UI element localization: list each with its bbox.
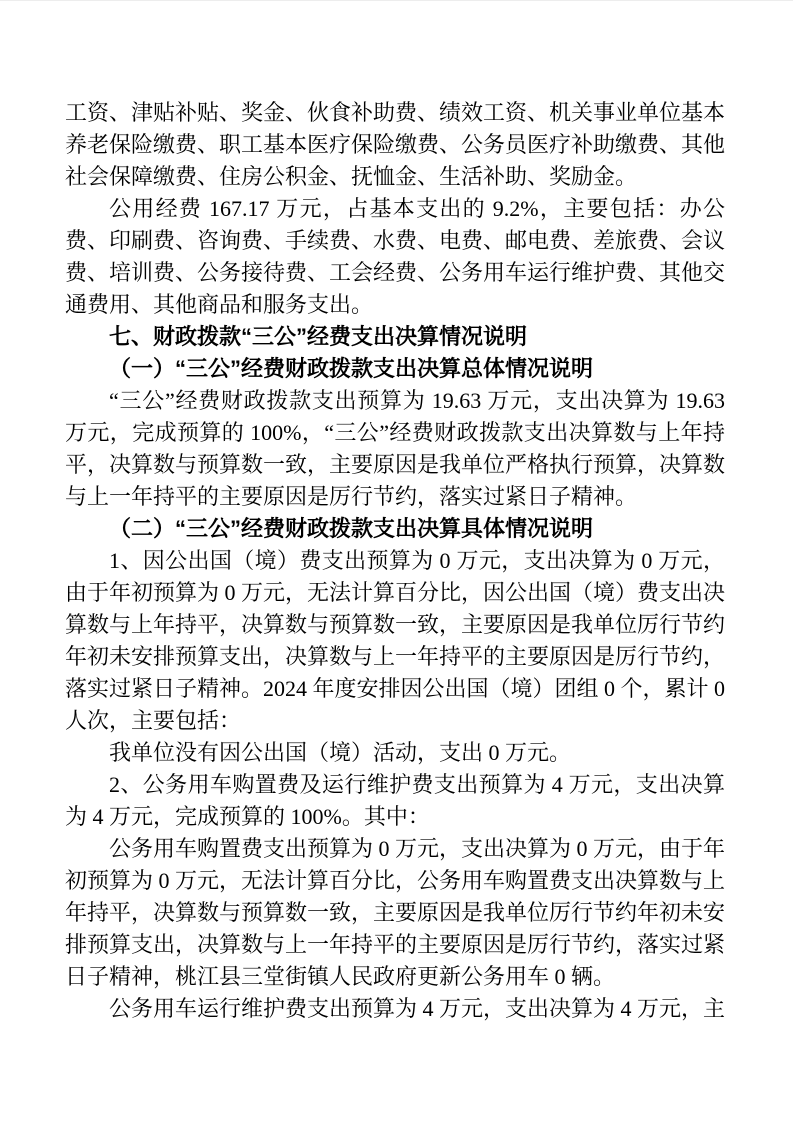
document-page: 工资、津贴补贴、奖金、伙食补助费、绩效工资、机关事业单位基本养老保险缴费、职工基… (0, 1, 793, 1122)
paragraph-basic-salary-items: 工资、津贴补贴、奖金、伙食补助费、绩效工资、机关事业单位基本养老保险缴费、职工基… (65, 97, 725, 193)
paragraph-three-public-overall-budget: “三公”经费财政拨款支出预算为 19.63 万元，支出决算为 19.63 万元，… (65, 385, 725, 513)
heading-subsection-one-overall-situation: （一）“三公”经费财政拨款支出决算总体情况说明 (65, 353, 725, 385)
heading-section-seven-three-public-expenses: 七、财政拨款“三公”经费支出决算情况说明 (65, 321, 725, 353)
paragraph-official-vehicle-total: 2、公务用车购置费及运行维护费支出预算为 4 万元，支出决算为 4 万元，完成预… (65, 769, 725, 833)
document-content: 工资、津贴补贴、奖金、伙食补助费、绩效工资、机关事业单位基本养老保险缴费、职工基… (0, 1, 793, 1025)
heading-subsection-two-specific-situation: （二）“三公”经费财政拨款支出决算具体情况说明 (65, 513, 725, 545)
paragraph-vehicle-purchase-expense: 公务用车购置费支出预算为 0 万元，支出决算为 0 万元，由于年初预算为 0 万… (65, 833, 725, 993)
paragraph-no-overseas-activity: 我单位没有因公出国（境）活动，支出 0 万元。 (65, 737, 725, 769)
paragraph-public-operating-funds: 公用经费 167.17 万元，占基本支出的 9.2%，主要包括：办公费、印刷费、… (65, 193, 725, 321)
paragraph-overseas-travel-expense: 1、因公出国（境）费支出预算为 0 万元，支出决算为 0 万元，由于年初预算为 … (65, 545, 725, 737)
paragraph-vehicle-maintenance-expense-cutoff: 公务用车运行维护费支出预算为 4 万元，支出决算为 4 万元，主 (65, 993, 725, 1025)
